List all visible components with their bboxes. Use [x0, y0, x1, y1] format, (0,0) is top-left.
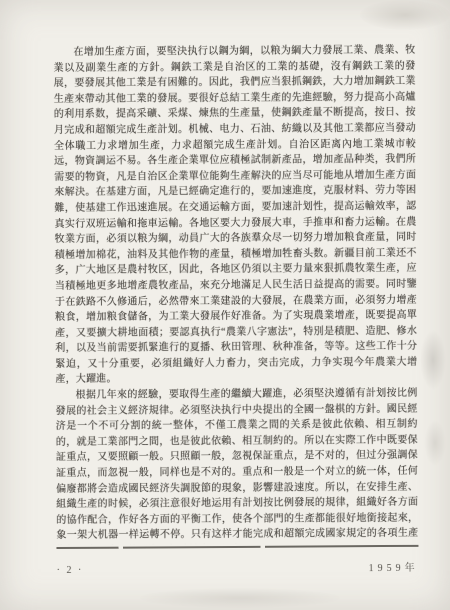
scanned-page: 在增加生產方面，要堅決执行以鋼为綱，以粮为綱大力發展工業、農業、牧業以及副業生產… — [0, 0, 450, 610]
body-paragraph: 在增加生產方面，要堅決执行以鋼为綱，以粮为綱大力發展工業、農業、牧業以及副業生產… — [53, 43, 417, 388]
footer-rule — [56, 545, 418, 549]
page-number: · 2 · — [57, 565, 84, 576]
body-paragraph: 根据几年來的經驗，要取得生產的繼續大躍進，必須堅決遵循有計划按比例發展的社会主义… — [56, 386, 419, 545]
page-footer: · 2 · 1959年 — [57, 559, 419, 576]
page-body: 在增加生產方面，要堅決执行以鋼为綱，以粮为綱大力發展工業、農業、牧業以及副業生產… — [0, 0, 450, 610]
body-text: 在增加生產方面，要堅決执行以鋼为綱，以粮为綱大力發展工業、農業、牧業以及副業生產… — [53, 43, 418, 545]
year-label: 1959年 — [369, 559, 419, 574]
